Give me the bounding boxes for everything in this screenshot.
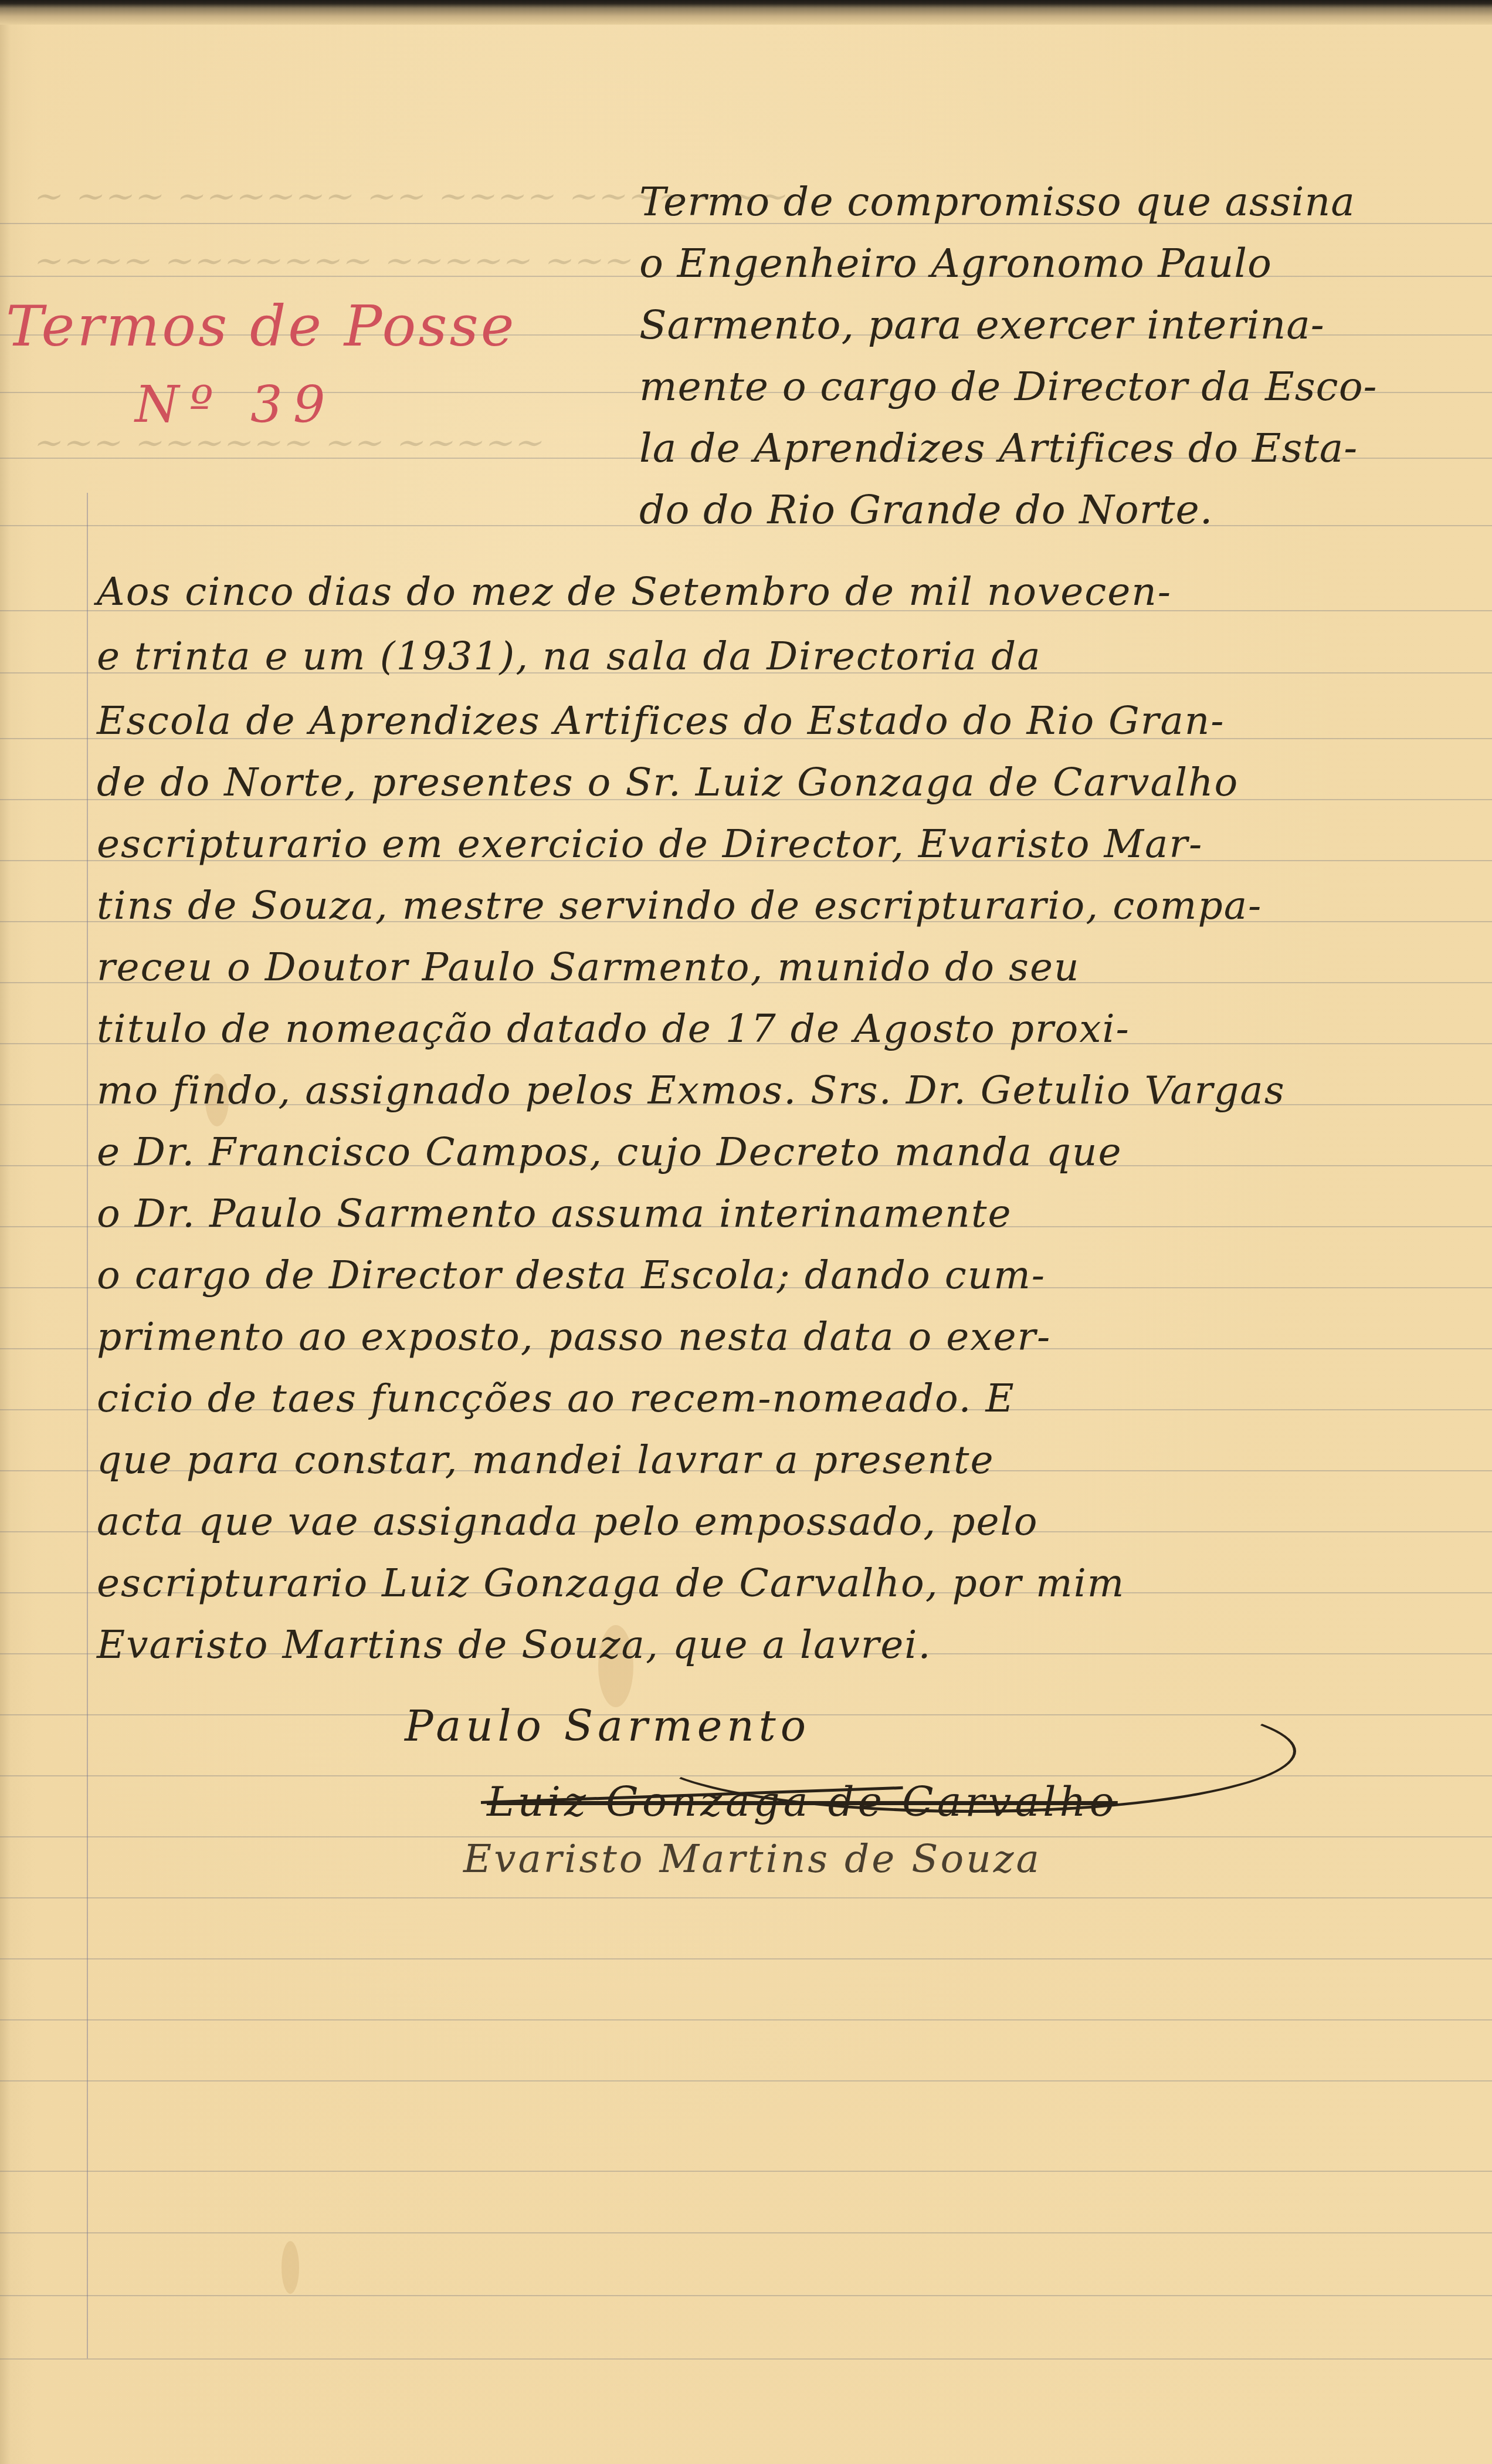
- header-line: o Engenheiro Agronomo Paulo: [639, 241, 1272, 287]
- body-line: escripturario em exercicio de Director, …: [97, 821, 1203, 867]
- body-line: mo findo, assignado pelos Exmos. Srs. Dr…: [97, 1068, 1286, 1113]
- body-line: e Dr. Francisco Campos, cujo Decreto man…: [97, 1129, 1123, 1175]
- signature-evaristo-martins: Evaristo Martins de Souza: [463, 1836, 1042, 1881]
- paper-stain: [282, 2241, 299, 2294]
- header-line: mente o cargo de Director da Esco-: [639, 364, 1378, 410]
- bleed-through-text: ~~~~ ~~~~~~~ ~~~~~ ~~~: [29, 241, 642, 280]
- body-line: receu o Doutor Paulo Sarmento, munido do…: [97, 945, 1080, 990]
- body-line: tins de Souza, mestre servindo de escrip…: [97, 883, 1262, 928]
- margin-heading-title: Termos de Posse: [6, 293, 517, 359]
- margin-heading-number: Nº 39: [135, 375, 335, 434]
- margin-line: [87, 493, 88, 2358]
- body-line: de do Norte, presentes o Sr. Luiz Gonzag…: [97, 760, 1239, 805]
- body-line: o cargo de Director desta Escola; dando …: [97, 1253, 1046, 1298]
- body-line: primento ao exposto, passo nesta data o …: [97, 1314, 1051, 1359]
- body-line: Evaristo Martins de Souza, que a lavrei.: [97, 1622, 931, 1667]
- signature-luiz-gonzaga: Luiz Gonzaga de Carvalho: [487, 1778, 1118, 1826]
- header-line: Termo de compromisso que assina: [639, 179, 1355, 225]
- header-line: la de Aprendizes Artifices do Esta-: [639, 425, 1358, 472]
- body-line: Escola de Aprendizes Artifices do Estado…: [97, 698, 1225, 743]
- body-line: que para constar, mandei lavrar a presen…: [97, 1437, 995, 1483]
- body-line: e trinta e um (1931), na sala da Directo…: [97, 634, 1042, 679]
- header-line: Sarmento, para exercer interina-: [639, 302, 1325, 348]
- body-line: escripturario Luiz Gonzaga de Carvalho, …: [97, 1561, 1125, 1606]
- body-line: acta que vae assignada pelo empossado, p…: [97, 1499, 1038, 1544]
- body-line: titulo de nomeação datado de 17 de Agost…: [97, 1006, 1130, 1051]
- body-line: cicio de taes funcções ao recem-nomeado.…: [97, 1376, 1015, 1421]
- document-page: ~ ~~~ ~~~~~~ ~~ ~~~~ ~~~~~ ~~ ~~~~ ~~~~~…: [0, 0, 1492, 2464]
- body-line: Aos cinco dias do mez de Setembro de mil…: [97, 569, 1172, 614]
- header-line: do do Rio Grande do Norte.: [639, 487, 1213, 533]
- body-line: o Dr. Paulo Sarmento assuma interinament…: [97, 1191, 1012, 1236]
